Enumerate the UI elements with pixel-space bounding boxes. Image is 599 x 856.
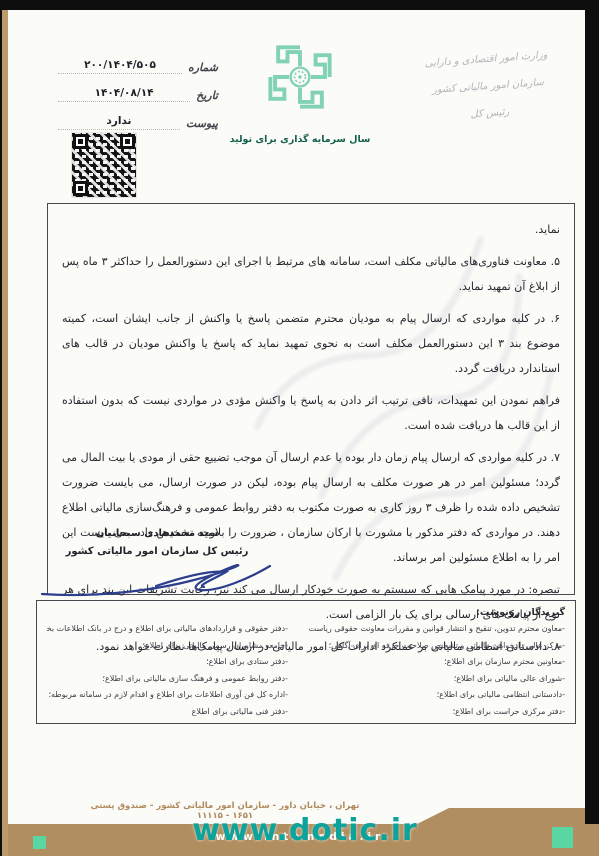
cc-item: -مرکز عالی دادخواهی مالیاتی و تشخیص صلاح… [306, 638, 565, 655]
dotic-watermark: www.dotic.ir [160, 813, 450, 848]
date-label: تاریخ [196, 89, 220, 102]
qr-finder-top-right [120, 134, 135, 149]
cc-item: -دفتر مرکزی حراست برای اطلاع؛ [306, 704, 565, 721]
cc-item: -دادستانی انتظامی مالیاتی برای اطلاع؛ [306, 687, 565, 704]
cc-item: -معاون محترم تدوین، تنقیح و انتشار قوانی… [306, 621, 565, 638]
date-value: ۱۴۰۴/۰۸/۱۴ [58, 87, 190, 102]
cc-columns: -معاون محترم تدوین، تنقیح و انتشار قوانی… [47, 621, 565, 720]
cc-item: -دفتر فنی مالیاتی برای اطلاع [47, 704, 288, 721]
cc-item: -معاونین محترم سازمان برای اطلاع؛ [306, 654, 565, 671]
page-edge-strip [2, 10, 8, 856]
cc-heading: گیرندگان رونوشت: [47, 605, 565, 621]
letterhead-slogan: سال سرمایه گذاری برای تولید [215, 134, 385, 145]
paragraph-item-6-note: فراهم نمودن این تمهیدات، نافی ترتیب اثر … [62, 388, 560, 438]
attachment-label: پیوست [186, 117, 220, 130]
number-label: شماره [188, 61, 220, 74]
paragraph-item-6: ۶. در کلیه مواردی که ارسال پیام به مودیا… [62, 306, 560, 381]
green-square-left [33, 836, 46, 849]
number-value: ۲۰۰/۱۴۰۴/۵۰۵ [58, 59, 182, 74]
cc-column-left: -دفتر حقوقی و قراردادهای مالیاتی برای اط… [47, 621, 306, 720]
cc-item: -اداره کل فن آوری اطلاعات برای اطلاع و ا… [47, 687, 288, 704]
scanned-letter-photo: وزارت امور اقتصادی و دارایی سازمان امور … [0, 0, 599, 856]
attachment-row: پیوست ندارد [58, 102, 220, 130]
cc-item: -دفتر روابط عمومی و فرهنگ سازی مالیاتی ب… [47, 671, 288, 688]
green-square-right [552, 827, 573, 848]
qr-finder-bottom-left [73, 181, 88, 196]
date-row: تاریخ ۱۴۰۴/۰۸/۱۴ [58, 74, 220, 102]
signature-ink [36, 556, 276, 604]
cc-item: -شورای عالی مالیاتی برای اطلاع؛ [306, 671, 565, 688]
number-row: شماره ۲۰۰/۱۴۰۴/۵۰۵ [58, 46, 220, 74]
attachment-value: ندارد [58, 115, 180, 130]
tax-administration-emblem-icon [261, 36, 339, 118]
letter-meta-fields: شماره ۲۰۰/۱۴۰۴/۵۰۵ تاریخ ۱۴۰۴/۰۸/۱۴ پیوس… [58, 46, 220, 130]
paragraph-item-5: ۵. معاونت فناوری‌های مالیاتی مکلف است، س… [62, 249, 560, 299]
cc-column-right: -معاون محترم تدوین، تنقیح و انتشار قوانی… [306, 621, 565, 720]
ministry-header: وزارت امور اقتصادی و دارایی سازمان امور … [405, 41, 570, 133]
signer-name: سید محمدهادی سبحانیان [52, 525, 262, 543]
cc-item: -دفتر ستادی برای اطلاع؛ [47, 654, 288, 671]
cc-item: -جامعه مشاوران رسمی مالیاتی برای اطلاع؛ [47, 638, 288, 655]
qr-code [72, 133, 136, 197]
cc-item: -دفتر حقوقی و قراردادهای مالیاتی برای اط… [47, 621, 288, 638]
cc-box: گیرندگان رونوشت: -معاون محترم تدوین، تنق… [36, 600, 576, 724]
paragraph-continuation: نماید. [62, 217, 560, 242]
qr-finder-top-left [73, 134, 88, 149]
